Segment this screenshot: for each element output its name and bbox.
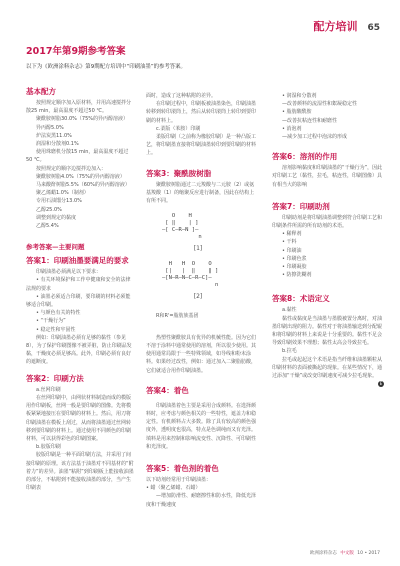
text: 面时，造成了这种粘附的差异。 <box>146 92 258 100</box>
text: 按照规定顺序加入原材料，并用高速搅拌分散25 min，最高温度不超过50 ℃。 <box>26 99 134 115</box>
text: c.柔版（苯胺）印刷 <box>146 125 258 133</box>
heading-answer-7: 答案7：印刷助剂 <box>272 201 384 212</box>
text: 调整到规定的黏度 <box>26 214 134 222</box>
list-item: • 印刷凝胶 <box>272 263 384 271</box>
intro-text: 以下为《欧洲涂料杂志》第9期配方培训中“印刷油墨”的参考答案。 <box>26 62 186 70</box>
r-note: R和R'=脂肪族基团 <box>146 312 258 320</box>
text: 使用珠磨机分散15 min，最高温度不超过50 ℃。 <box>26 148 134 164</box>
text: —减少加工过程中泡沫的形成 <box>272 133 384 141</box>
heading-answer-6: 答案6：溶剂的作用 <box>272 151 384 162</box>
formula-1-label: [1] <box>168 245 228 253</box>
column-1: 基本配方 按照规定顺序加入原材料，并用高速搅拌分散25 min，最高温度不超过5… <box>26 86 134 492</box>
text: 聚酰胺树脂4.0%（75%的异丙醇溶液） <box>26 173 134 181</box>
text: 按照规定的顺序边搅拌边加入： <box>26 165 134 173</box>
text: • 润湿和分散剂 <box>272 92 384 100</box>
issue-number: 10 • 2017 <box>357 551 380 556</box>
list-item: • 防擦洗糊剂 <box>272 271 384 279</box>
article-title: 2017年第9期参考答案 <box>26 43 126 57</box>
text: • 蜡（聚乙烯蜡、石蜡） <box>146 484 258 492</box>
magazine-name: 欧洲涂料杂志 <box>310 551 337 556</box>
text: 异丙醇5.0% <box>26 124 134 132</box>
text: 乙醇5.4% <box>26 222 134 230</box>
column-3: • 润湿和分散剂 —改善颜料的流湿性和絮凝稳定性 • 脂肪酸酰胺 —改善抗粘连性… <box>272 92 384 387</box>
heading-answer-5: 答案5：着色剂的着色 <box>146 463 258 474</box>
column-2: 面时，造成了这种粘附的差异。 在印刷过程中，印刷板被油墨染色，印刷油墨转移到转印… <box>146 92 258 509</box>
text: 聚乙烯蜡1.0%（制剂） <box>26 189 134 197</box>
text: • 消泡剂 <box>272 125 384 133</box>
text: 马来酸酐树脂5.5%（60%的异丙醇溶液） <box>26 181 134 189</box>
text: 润湿和分散剂0.1% <box>26 140 134 148</box>
text: 在丝网印刷中，由网状材料制造而成的模版用作印刷板，丝网一般是要印刷的图像。先将模… <box>26 394 134 443</box>
text: 乙醇25.0% <box>26 206 134 214</box>
edition-label: 中文版 <box>340 551 354 556</box>
list-item: • 干料 <box>272 238 384 246</box>
chemical-formula-2: H H O O [| | ‖ ‖ ] —[N—R—N—C—R—C]— n <box>162 261 258 289</box>
text: • 稳定性和牢固性 <box>26 326 134 334</box>
text: • 脂肪酸酰胺 <box>272 108 384 116</box>
text: —改善颜料的流湿性和絮凝稳定性 <box>272 100 384 108</box>
chemical-formula-1: O H [ ‖ | ] —[ C—R—N ]— n <box>162 213 258 241</box>
text: b.拉毛 <box>272 347 384 355</box>
text: • “干燥行为” <box>26 317 134 325</box>
text: a.丝网印刷 <box>26 386 134 394</box>
heading-answer-8: 答案8：术语定义 <box>272 293 384 304</box>
text: • 有关环境保护和工作中健康和安全的法律法规的要求 <box>26 276 134 292</box>
text: b.胶版印刷 <box>26 443 134 451</box>
heading-answer-4: 答案4：着色 <box>146 385 258 396</box>
heading-answer-1: 答案1：印刷油墨要满足的要求 <box>26 255 134 266</box>
text: a.黏性 <box>272 306 384 314</box>
heading-basic-formula: 基本配方 <box>26 86 134 97</box>
text: 溶剂影响黏度和印刷油墨的“干燥行为”，因此对印刷工艺（黏性，拉毛，粘连性，印刷图… <box>272 164 384 189</box>
text: • 油墨必须适合印刷，要印刷的材料必须能够适合印刷。 <box>26 293 134 309</box>
page-header: 配方培训 65 <box>313 18 380 34</box>
section-title: 配方培训 <box>313 18 357 34</box>
text: 炉法炭黑11.0% <box>26 132 134 140</box>
text: 柔版印刷（之前称为橡胶印刷）是一种凸版工艺，将印刷墨直接将印刷油墨转印到要印刷的… <box>146 133 258 158</box>
text: 例如：印刷油墨必须有足够的黏性（参见8），为了保护印刷图像不被弄脏，防止印刷品发… <box>26 334 134 367</box>
text: 印刷助剂是将印刷油墨调整到符合印刷工艺和印刷条件所需的所有助剂的术语。 <box>272 214 384 230</box>
text: —改善抗粘连性和耐磨性 <box>272 117 384 125</box>
list-item: • 印刷色浆 <box>272 255 384 263</box>
text: 聚酰胺树脂30.0%（75%的异丙醇溶液） <box>26 115 134 123</box>
list-item: • 印刷油 <box>272 247 384 255</box>
text: 印刷油墨着色主要是采用合成颜料。在选择颜料时，应考虑与颜色相关的一些特性，遮盖力… <box>146 402 258 451</box>
heading-reference: 参考答案—主要问题 <box>26 242 134 253</box>
text: 以下助剂经常用于印刷油墨： <box>146 476 258 484</box>
text: 专用石油馏分13.0% <box>26 197 134 205</box>
text: 热塑性聚酰胺具有优异的机械性能。因为它们不溶于涂料中通常使用的溶剂，所以很少使用… <box>146 334 258 375</box>
text: • 与颜色有关的特性 <box>26 309 134 317</box>
text: 聚酰胺树脂通过二元羧酸与二元胺（2）或氨基羧酸（1）的缩聚反应进行制备，因此在结… <box>146 181 258 206</box>
text: 在印刷过程中，印刷板被油墨染色，印刷油墨转移到转印滚筒上，然后从转印滚筒上转印到… <box>146 100 258 125</box>
page-footer: 欧洲涂料杂志 中文版 10 • 2017 <box>310 550 380 556</box>
text: 印刷油墨必须满足以下要求： <box>26 268 134 276</box>
text: —增加防滑性、耐磨擦性和防水性，降低光泽度和干燥速度 <box>146 492 258 508</box>
page-number: 65 <box>367 23 380 33</box>
heading-answer-2: 答案2：印刷方法 <box>26 373 134 384</box>
list-item: • 稀释剂 <box>272 230 384 238</box>
text: 黏性或黏度是当油墨与墨膜被置分离时，对油墨印刷出现的阻力。黏性对于将油墨输送到分… <box>272 315 384 348</box>
end-mark-icon: E <box>378 381 384 387</box>
formula-2-label: [2] <box>168 293 228 301</box>
text: 胶版印刷是一种平面印刷方法，并采用了间接印刷的原理。该方法基于油墨对不同基材的“… <box>26 451 134 492</box>
heading-answer-3: 答案3：聚酰胺树脂 <box>146 168 258 179</box>
text: 拉毛或起起这个术语是指当纤维和油墨颗粒从印刷材料的表面被撕起的现象。在某些情况下… <box>272 356 384 381</box>
